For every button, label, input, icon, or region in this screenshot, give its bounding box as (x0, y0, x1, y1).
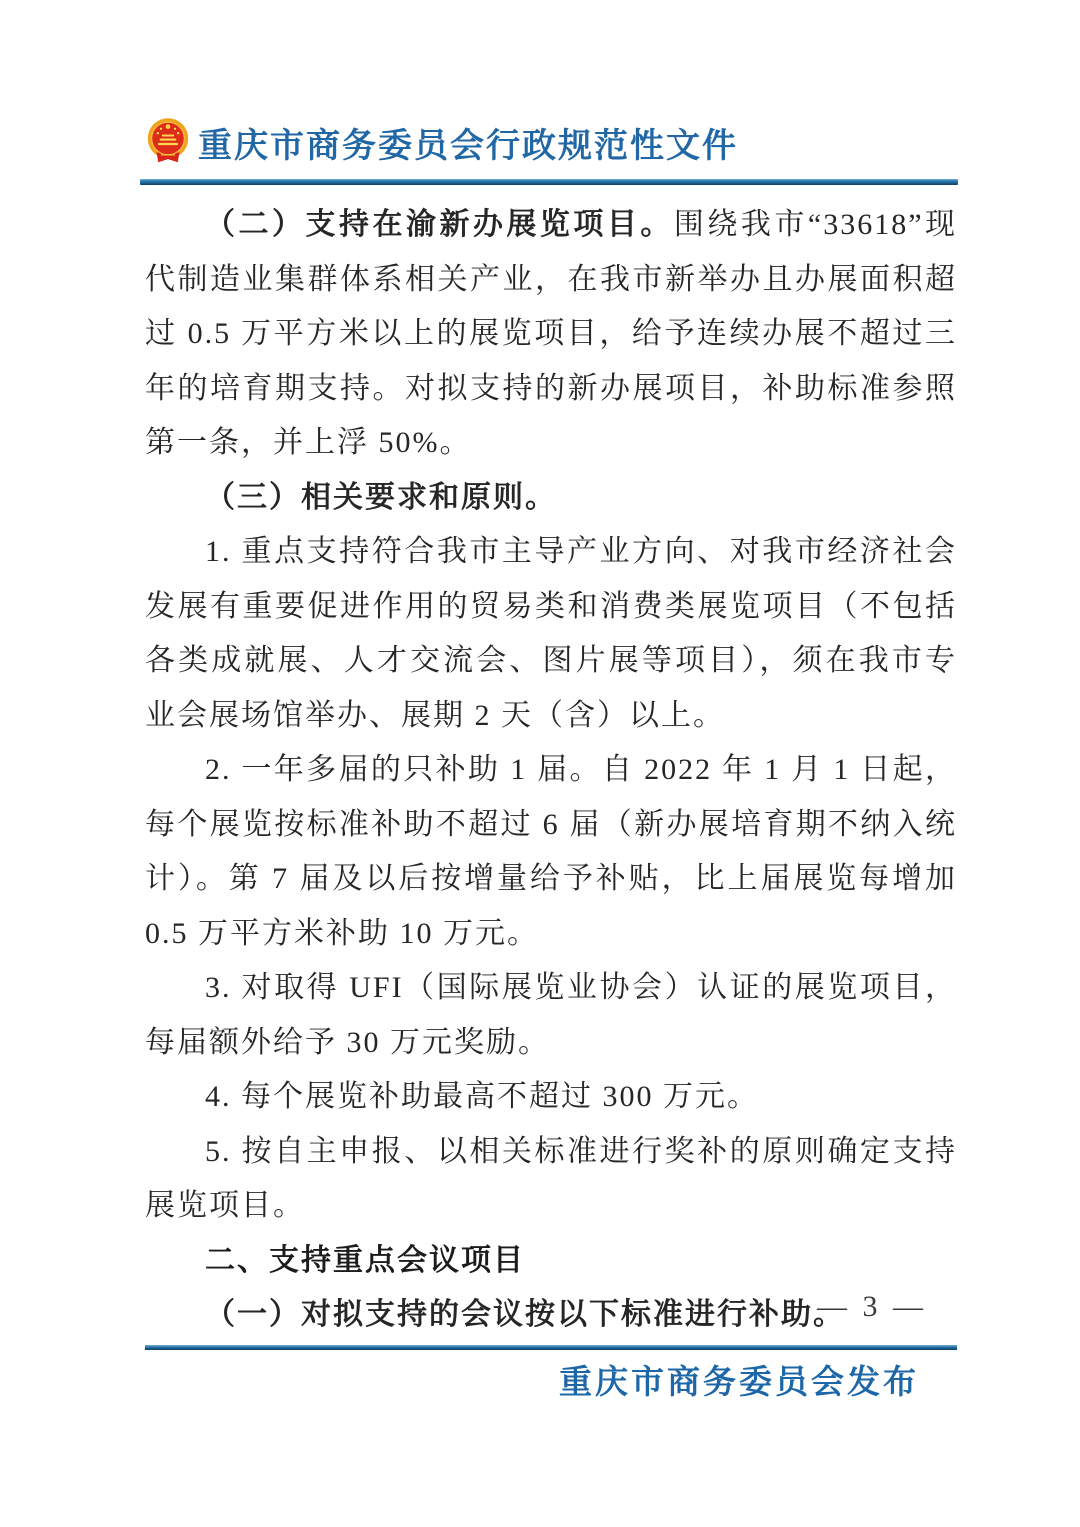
paragraph-text: 3. 对取得 UFI（国际展览业协会）认证的展览项目，每届额外给予 30 万元奖… (145, 971, 957, 1059)
paragraph-item-1: 1. 重点支持符合我市主导产业方向、对我市经济社会发展有重要促进作用的贸易类和消… (145, 525, 957, 743)
page-number: — 3 — (145, 1290, 957, 1324)
paragraph-text: 2. 一年多届的只补助 1 届。自 2022 年 1 月 1 日起，每个展览按标… (145, 753, 957, 950)
paragraph-text: 5. 按自主申报、以相关标准进行奖补的原则确定支持展览项目。 (145, 1135, 957, 1223)
footer-divider-line (145, 1345, 957, 1350)
paragraph-section-2: （二）支持在渝新办展览项目。围绕我市“33618”现代制造业集群体系相关产业，在… (145, 198, 957, 471)
paragraph-text: 4. 每个展览补助最高不超过 300 万元。 (205, 1080, 759, 1113)
paragraph-lead: （三）相关要求和原则。 (205, 481, 557, 514)
document-header: 重庆市商务委员会行政规范性文件 (146, 116, 958, 168)
section-heading-2: 二、支持重点会议项目 (145, 1234, 957, 1289)
paragraph-text: 围绕我市“33618”现代制造业集群体系相关产业，在我市新举办且办展面积超过 0… (145, 208, 957, 459)
paragraph-item-5: 5. 按自主申报、以相关标准进行奖补的原则确定支持展览项目。 (145, 1125, 957, 1234)
document-header-title: 重庆市商务委员会行政规范性文件 (198, 118, 738, 167)
document-body: （二）支持在渝新办展览项目。围绕我市“33618”现代制造业集群体系相关产业，在… (145, 198, 957, 1343)
footer-publisher: 重庆市商务委员会发布 (145, 1356, 957, 1403)
paragraph-section-3-title: （三）相关要求和原则。 (145, 471, 957, 526)
document-page: 重庆市商务委员会行政规范性文件 （二）支持在渝新办展览项目。围绕我市“33618… (0, 0, 1080, 1527)
national-emblem-icon (146, 116, 190, 168)
header-divider-line (140, 179, 958, 185)
paragraph-item-2: 2. 一年多届的只补助 1 届。自 2022 年 1 月 1 日起，每个展览按标… (145, 743, 957, 961)
paragraph-item-4: 4. 每个展览补助最高不超过 300 万元。 (145, 1070, 957, 1125)
paragraph-text: 1. 重点支持符合我市主导产业方向、对我市经济社会发展有重要促进作用的贸易类和消… (145, 535, 957, 732)
paragraph-item-3: 3. 对取得 UFI（国际展览业协会）认证的展览项目，每届额外给予 30 万元奖… (145, 961, 957, 1070)
paragraph-lead: （二）支持在渝新办展览项目。 (205, 208, 674, 241)
